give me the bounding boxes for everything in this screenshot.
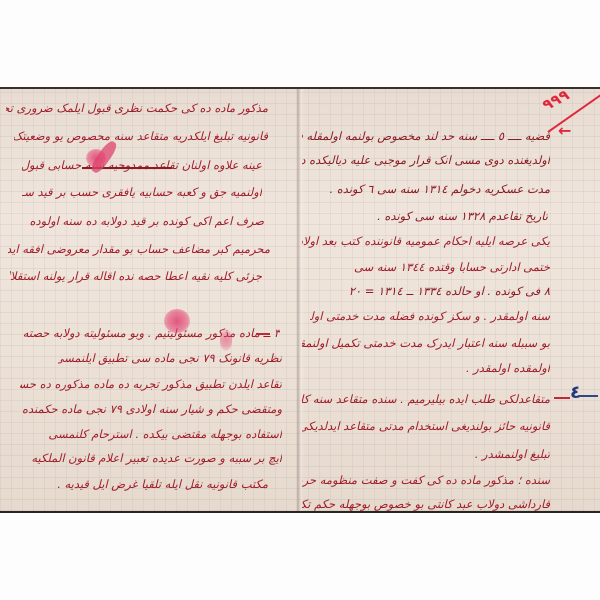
right-line-11: متقاعدلکی طلب ایده بیلیرمیم . سنده متقاع…: [302, 392, 550, 406]
section-dash: [256, 333, 270, 335]
left-line-14: مکتب قانونیه نقل ایله تلقیا غرض ایل قیدی…: [36, 477, 268, 491]
left-line-6: محرمیم کبر مضاعف حساب بو مقدار معروضی اف…: [8, 242, 270, 256]
right-line-2: اولدیغنده دوی مسی انک قرار موجبی علیه دی…: [302, 153, 550, 167]
left-line-9: نظریه قانونک ٧٩ نجی ماده سی تطبیق ایلنمس…: [58, 351, 282, 365]
left-line-13: ایچ بر سببه و صورت عدیده تعبیر اعلام قان…: [4, 451, 282, 465]
right-line-15: قارداشی دولاب عبد کانتی بو خصوص بوجهله ح…: [302, 497, 550, 511]
section-dash: [554, 397, 570, 399]
blue-pencil-stroke: [578, 395, 598, 397]
left-line-3: عینه علاوه اولنان تقاعد ممدوحیه سنه حساب…: [22, 158, 262, 172]
left-line-8: ٣ ــ ماده مذکور مسئولیتیم . وبو مسئولیته…: [18, 326, 280, 340]
right-line-12: قانونیه حائز بولندیغی استخدام مدتی متقاع…: [302, 419, 550, 433]
left-line-5: صرف اعم اکی کونده بر قید دولابه ده سنه ا…: [6, 214, 264, 228]
document-sheet: مذکور ماده ده کی حکمت نظری قبول ایلمک ضر…: [0, 87, 600, 513]
pink-ink-stain: [86, 149, 106, 167]
pink-ink-stain: [164, 309, 190, 333]
left-line-2: قانونیه تبلیغ ایلکدریه متقاعد سنه محصوص …: [14, 129, 268, 143]
left-line-1: مذکور ماده ده کی حکمت نظری قبول ایلمک ضر…: [6, 101, 268, 115]
right-line-13: تبلیغ اولنمشدر .: [452, 447, 550, 461]
right-line-5: یکی عرصه ایلیه احکام عمومیه قانوننده کتب…: [302, 234, 550, 248]
right-line-7: ٨ فی کونده . او حالده ١٣٣٤ ــ ١٣١٤ = ٢٠: [310, 284, 550, 298]
right-line-10: اولمقده اولمقدر .: [442, 361, 550, 375]
left-line-11: ومتقضی حکم و شیار سنه اولادی ٧٩ نجی ماده…: [4, 402, 282, 416]
right-line-1: قضیه ــــ ٥ ــــ سنه حد لند مخصوص بولنمه…: [302, 129, 550, 143]
right-line-9: بو سببله سنه اعتبار ایدرک مدت خدمتی تکمی…: [302, 336, 550, 350]
left-line-7: جزئی کلیه نقیه اعطا حصه نده اقاله قرار ی…: [10, 269, 262, 283]
right-line-6: ختمی ادارتی حسابا وقتده ١٣٤٤ سنه سی: [302, 260, 550, 274]
right-line-8: سنه اولمقدر . و سکز کونده فضله مدت خدمتی…: [310, 309, 550, 323]
left-line-4: اولنمیه جق و کعبه حسابیه یافقری حسب بر ق…: [22, 185, 262, 199]
pink-ink-stain: [220, 329, 232, 351]
left-page: مذکور ماده ده کی حکمت نظری قبول ایلمک ضر…: [0, 89, 298, 511]
red-arrow-icon: ←: [558, 121, 571, 140]
blue-section-number: ٤: [570, 382, 581, 403]
left-line-10: تقاعد ایلدن تطبیق مذکور تجربه ده ماده مذ…: [20, 377, 282, 391]
right-line-3: مدت عسکریه دخولم ١٣١٤ سنه سی ٦ کونده .: [330, 182, 550, 196]
archive-number-mark: ٩٩٩: [539, 86, 572, 115]
right-line-4: تاریخ تقاعدم ١٣٢٨ سنه سی کونده .: [352, 209, 548, 223]
right-page: قضیه ــــ ٥ ــــ سنه حد لند مخصوص بولنمه…: [302, 89, 600, 511]
right-line-14: سنده ؛ مذکور ماده ده کی کفت و صفت منظومه…: [302, 473, 550, 487]
left-line-12: استفاده بوجهله مقتضی بیکده . استرحام کلن…: [20, 427, 282, 441]
